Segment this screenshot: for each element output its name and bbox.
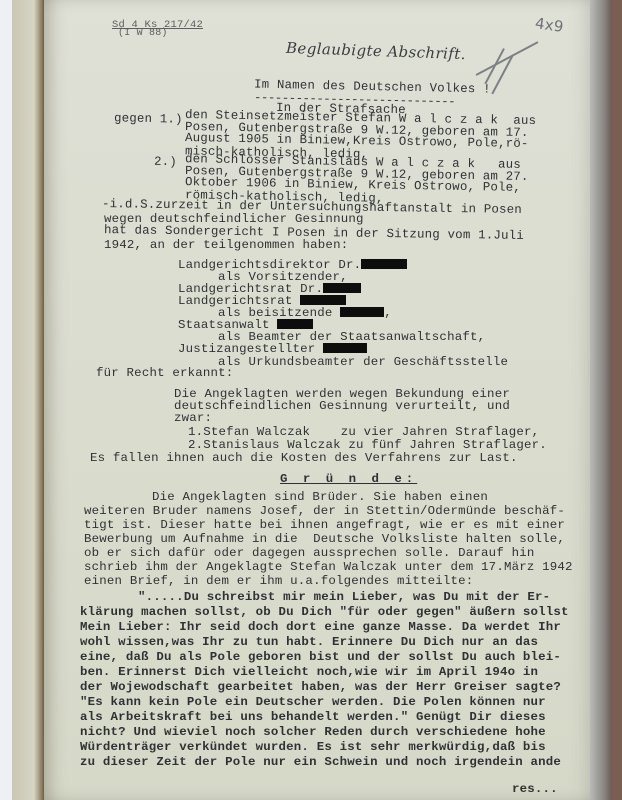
reasons-line: einen Brief, in dem er ihm u.a.folgendes… <box>84 574 473 588</box>
redacted-name <box>277 319 313 329</box>
letter-line: Würdenträger verkündet wurden. Es ist se… <box>80 740 546 754</box>
letter-line: ben. Erinnerst Dich vielleicht noch,wie … <box>80 665 538 679</box>
sentence-1: 1.Stefan Walczak zu vier Jahren Straflag… <box>188 425 539 439</box>
verdict-line-2: deutschfeindlichen Gesinnung verurteilt,… <box>174 399 510 413</box>
verdict-line-3: zwar: <box>174 411 212 425</box>
letter-line: ".....Du schreibst mir mein Lieber, was … <box>138 590 550 604</box>
participant-title: Justizangestellter <box>178 342 315 356</box>
sentence-2: 2.Stanislaus Walczak zu fünf Jahren Stra… <box>188 438 547 452</box>
participant-clerk: Justizangestellter <box>178 342 367 356</box>
continuation-marker: res... <box>512 782 558 796</box>
redacted-name <box>340 307 384 317</box>
redacted-name <box>361 259 407 269</box>
letter-line: nicht? Und wieviel noch solcher Reden du… <box>80 725 546 739</box>
reasons-line: ob er sich dafür oder dagegen ausspreche… <box>84 546 535 560</box>
participant-role-clerk: als Urkundsbeamter der Geschäftsstelle <box>218 355 508 369</box>
document-text: Sd 4 Ks 217/42 (I W 88) 4x9 Beglaubigte … <box>0 0 622 800</box>
letter-line: wohl wissen,was Ihr zu tun habt. Erinner… <box>80 635 538 649</box>
reasons-line: Die Angeklagten sind Brüder. Sie haben e… <box>152 490 488 504</box>
redacted-name <box>323 343 367 353</box>
costs-line: Es fallen ihnen auch die Kosten des Verf… <box>90 451 518 465</box>
redacted-name <box>300 295 346 305</box>
letter-line: als Arbeitskraft bei uns behandelt werde… <box>80 710 546 724</box>
letter-line: Mein Lieber: Ihr seid doch dort eine gan… <box>80 620 561 634</box>
court-line-2: 1942, an der teilgenommen haben: <box>104 238 348 252</box>
reasons-line: weiteren Bruder namens Josef, der in Ste… <box>84 504 565 518</box>
letter-line: der Wojewodschaft gearbeitet haben, was … <box>80 680 561 694</box>
handwritten-stroke <box>484 48 504 84</box>
handwritten-stroke <box>476 41 539 75</box>
letter-line: eine, daß Du als Pole geboren bist und d… <box>80 650 561 664</box>
reference-sub: (I W 88) <box>118 27 168 41</box>
letter-line: zu dieser Zeit der Pole nur ein Schwein … <box>80 755 561 769</box>
reasons-line: Bewerbung um Aufnahme in die Deutsche Vo… <box>84 532 565 546</box>
redacted-name <box>323 283 361 293</box>
letter-line: "Es kann kein Pole ein Deutscher werden.… <box>80 695 546 709</box>
handwritten-page-mark: 4x9 <box>534 14 565 36</box>
certification-title: Beglaubigte Abschrift. <box>286 41 466 61</box>
letter-line: klärung machen sollst, ob Du Dich "für o… <box>80 605 569 619</box>
defendants-intro: gegen 1.) <box>114 111 183 126</box>
defendant-2-marker: 2.) <box>154 155 177 169</box>
reasons-heading: G r ü n d e: <box>280 472 417 486</box>
verdict-intro: für Recht erkannt: <box>96 366 233 380</box>
reasons-line: tigt ist. Dieser hatte bei ihnen angefra… <box>84 518 565 532</box>
reasons-line: schrieb ihm der Angeklagte Stefan Walcza… <box>84 560 573 574</box>
